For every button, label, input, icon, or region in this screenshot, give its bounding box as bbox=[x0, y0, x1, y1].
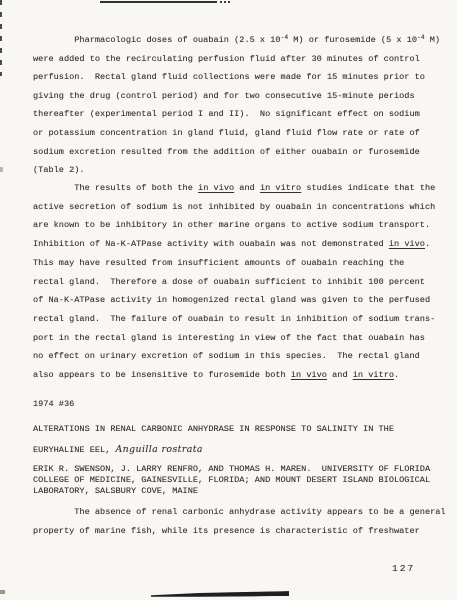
scan-artifact-left-edge-dashes bbox=[0, 0, 2, 76]
abstract-number-label: 1974 #36 bbox=[33, 398, 74, 410]
scan-artifact-top-rule-dots bbox=[220, 1, 231, 3]
page-number: 127 bbox=[392, 563, 415, 574]
scan-artifact-bottom-smudge bbox=[151, 591, 289, 598]
paragraph-carbonic-anhydrase-intro: The absence of renal carbonic anhydrase … bbox=[33, 503, 446, 541]
scanned-document-page: Pharmacologic doses of ouabain (2.5 x 10… bbox=[0, 0, 457, 600]
authors-and-affiliations: ERIK R. SWENSON, J. LARRY RENFRO, AND TH… bbox=[33, 464, 430, 498]
abstract-title: ALTERATIONS IN RENAL CARBONIC ANHYDRASE … bbox=[33, 419, 394, 460]
paragraph-in-vivo-in-vitro-results: The results of both the in vivo and in v… bbox=[33, 179, 435, 385]
paragraph-ouabain-furosemide-doses: Pharmacologic doses of ouabain (2.5 x 10… bbox=[33, 29, 440, 180]
scan-artifact-left-mark bbox=[0, 167, 3, 172]
scan-artifact-bottom-left-mark bbox=[0, 590, 5, 594]
scan-artifact-top-rule bbox=[100, 1, 217, 3]
